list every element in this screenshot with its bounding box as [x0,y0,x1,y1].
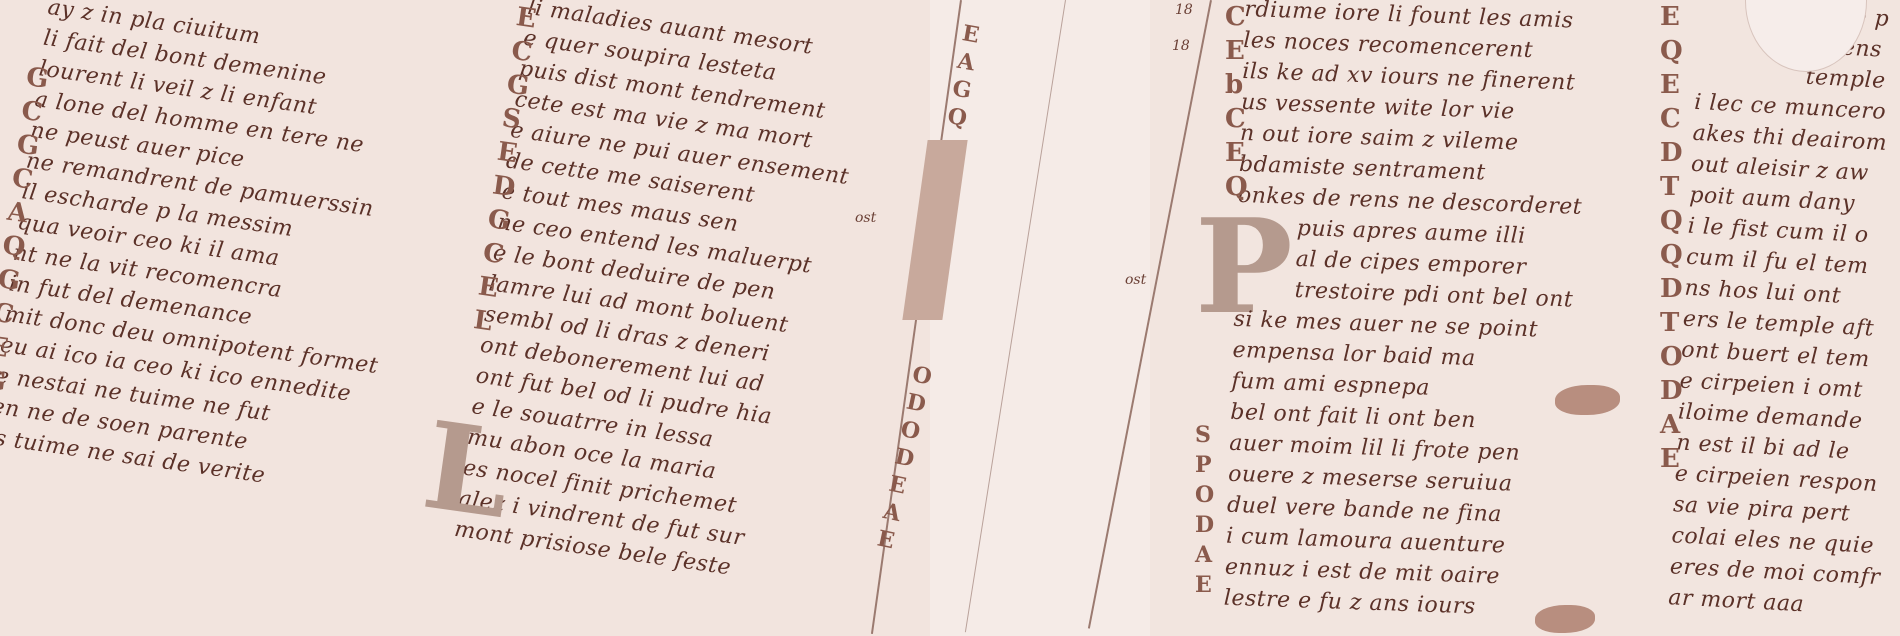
initial-column-right-c: CEbCEQ [1225,0,1248,204]
margin-note-right: ost [1125,272,1146,288]
folio-number-2: 18 [1172,38,1190,54]
margin-note-left: ost [855,210,876,226]
initial-column-right-d: EQECDTQQDTODAE [1660,0,1683,476]
pen-flourish-1 [1555,385,1620,415]
right-page-column-c: rdiume iore li fount les amis les noces … [1223,0,1589,626]
pen-flourish-2 [1535,605,1595,633]
initial-column-right-c-lower: SPODAE [1195,420,1214,600]
right-page-column-d: ne p pens temple i lec ce muncero akes t… [1668,0,1900,624]
left-page-column-a: ay z in pla ciuitum li fait del bont dem… [0,0,423,505]
folio-number-1: 18 [1175,2,1193,18]
